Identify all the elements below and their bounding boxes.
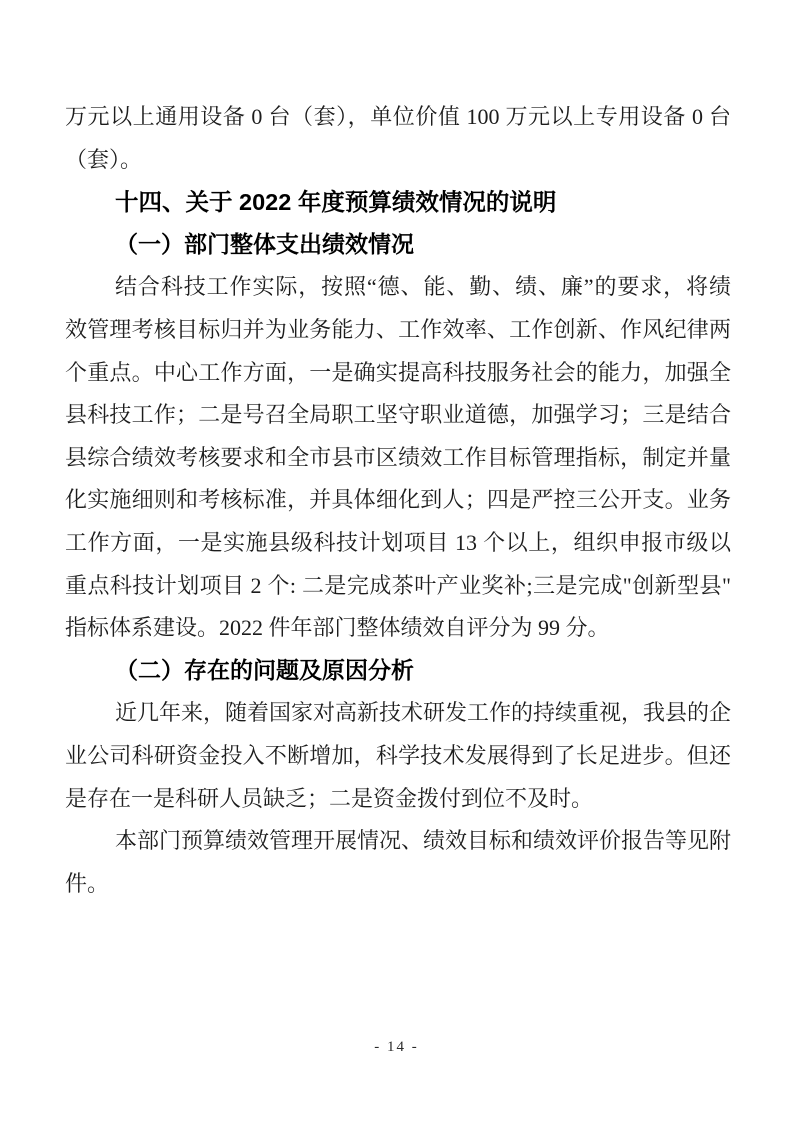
- body-text-line: 工作方面，一是实施县级科技计划项目 13 个以上，组织申报市级以上: [65, 522, 731, 565]
- body-text-line: 结合科技工作实际，按照“德、能、勤、绩、廉”的要求，将绩: [65, 266, 731, 309]
- body-text-line: 业公司科研资金投入不断增加，科学技术发展得到了长足进步。但还: [65, 735, 731, 778]
- body-text-line: 县综合绩效考核要求和全市县市区绩效工作目标管理指标，制定并量: [65, 437, 731, 480]
- body-text-line: 效管理考核目标归并为业务能力、工作效率、工作创新、作风纪律两: [65, 309, 731, 352]
- subsection-heading-1: （一）部门整体支出绩效情况: [65, 224, 731, 267]
- body-text-line: 指标体系建设。2022 件年部门整体绩效自评分为 99 分。: [65, 607, 731, 650]
- page-number: - 14 -: [0, 1036, 793, 1058]
- body-text-line: 近几年来，随着国家对高新技术研发工作的持续重视，我县的企: [65, 692, 731, 735]
- body-text-line: 是存在一是科研人员缺乏；二是资金拨付到位不及时。: [65, 778, 731, 821]
- section-heading-14: 十四、关于 2022 年度预算绩效情况的说明: [65, 181, 731, 224]
- body-text-line: 化实施细则和考核标准，并具体细化到人；四是严控三公开支。业务: [65, 479, 731, 522]
- body-text-line: 县科技工作；二是号召全局职工坚守职业道德，加强学习；三是结合: [65, 394, 731, 437]
- document-page: 万元以上通用设备 0 台（套），单位价值 100 万元以上专用设备 0 台 （套…: [0, 0, 793, 1122]
- body-text-line: 件。: [65, 863, 731, 906]
- subsection-heading-2: （二）存在的问题及原因分析: [65, 650, 731, 693]
- body-text-line: （套）。: [65, 139, 731, 182]
- body-text-line: 重点科技计划项目 2 个: 二是完成茶叶产业奖补;三是完成"创新型县": [65, 565, 731, 608]
- body-text-line: 个重点。中心工作方面，一是确实提高科技服务社会的能力，加强全: [65, 352, 731, 395]
- document-text-block: 万元以上通用设备 0 台（套），单位价值 100 万元以上专用设备 0 台 （套…: [65, 96, 731, 905]
- body-text-line: 万元以上通用设备 0 台（套），单位价值 100 万元以上专用设备 0 台: [65, 96, 731, 139]
- body-text-line: 本部门预算绩效管理开展情况、绩效目标和绩效评价报告等见附: [65, 820, 731, 863]
